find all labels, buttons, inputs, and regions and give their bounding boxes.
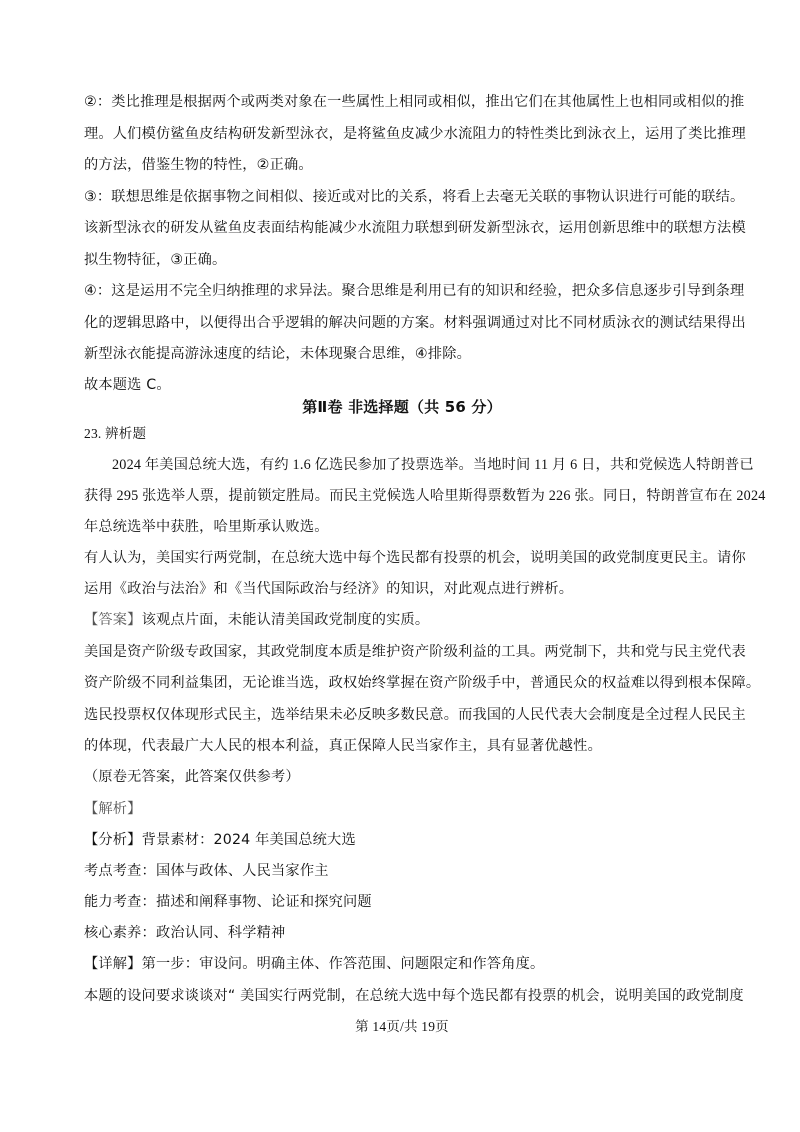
- answer-conclusion: 故本题选 C。: [84, 375, 171, 395]
- analysis-last-line: 本题的设问要求谈谈对“ 美国实行两党制，在总统大选中每个选民都有投票的机会，说明…: [84, 986, 744, 1006]
- prompt-line-2: 运用《政治与法治》和《当代国际政治与经济》的知识，对此观点进行辨析。: [84, 579, 573, 599]
- answer-note: （原卷无答案，此答案仅供参考）: [84, 767, 300, 787]
- analysis-item-2-line-1: ②：类比推理是根据两个或两类对象在一些属性上相同或相似，推出它们在其他属性上也相…: [84, 92, 744, 112]
- analysis-item-3-line-3: 拟生物特征，③正确。: [84, 250, 226, 270]
- analysis-fenxi-line: 【分析】背景素材：2024 年美国总统大选: [84, 830, 356, 850]
- suyang-line: 核心素养：政治认同、科学精神: [84, 923, 285, 943]
- nengli-line: 能力考查：描述和阐释事物、论证和探究问题: [84, 892, 372, 912]
- answer-body-line-1: 美国是资产阶级专政国家，其政党制度本质是维护资产阶级利益的工具。两党制下，共和党…: [84, 642, 746, 662]
- fenxi-label: 【分析】: [84, 832, 142, 848]
- analysis-item-4-line-1: ④：这是运用不完全归纳推理的求异法。聚合思维是利用已有的知识和经验，把众多信息逐…: [84, 281, 744, 301]
- analysis-item-2-line-3: 的方法，借鉴生物的特性，②正确。: [84, 155, 313, 175]
- prompt-line-1: 有人认为，美国实行两党制，在总统大选中每个选民都有投票的机会，说明美国的政党制度…: [84, 548, 746, 568]
- xiangjie-line: 【详解】第一步：审设问。明确主体、作答范围、问题限定和作答角度。: [84, 954, 544, 974]
- xiangjie-text: 第一步：审设问。明确主体、作答范围、问题限定和作答角度。: [142, 956, 545, 972]
- answer-summary: 该观点片面，未能认清美国政党制度的实质。: [142, 612, 430, 628]
- section-title: 第Ⅱ卷 非选择题（共 56 分）: [84, 397, 720, 417]
- answer-summary-line: 【答案】该观点片面，未能认清美国政党制度的实质。: [84, 610, 429, 630]
- analysis-item-2-line-2: 理。人们模仿鲨鱼皮结构研发新型泳衣，是将鲨鱼皮减少水流阻力的特性类比到泳衣上，运…: [84, 124, 746, 144]
- answer-body-line-3: 选民投票权仅体现形式民主，选举结果未必反映多数民意。而我国的人民代表大会制度是全…: [84, 705, 746, 725]
- analysis-item-4-line-2: 化的逻辑思路中，以便得出合乎逻辑的解决问题的方案。材料强调通过对比不同材质泳衣的…: [84, 313, 746, 333]
- answer-label: 【答案】: [84, 612, 142, 628]
- material-line-3: 年总统选举中获胜，哈里斯承认败选。: [84, 517, 329, 537]
- analysis-item-3-line-1: ③：联想思维是依据事物之间相似、接近或对比的关系，将看上去毫无关联的事物认识进行…: [84, 187, 744, 207]
- page-indicator: 第 14页/共 19页: [84, 1017, 720, 1037]
- xiangjie-label: 【详解】: [84, 956, 142, 972]
- material-line-2: 获得 295 张选举人票，提前锁定胜局。而民主党候选人哈里斯得票数暂为 226 …: [84, 486, 766, 506]
- answer-body-line-2: 资产阶级不同利益集团，无论谁当选，政权始终掌握在资产阶级手中，普通民众的权益难以…: [84, 673, 760, 693]
- fenxi-text: 背景素材：2024 年美国总统大选: [142, 832, 356, 848]
- kaodian-line: 考点考查：国体与政体、人民当家作主: [84, 861, 329, 881]
- answer-body-line-4: 的体现，代表最广大人民的根本利益，真正保障人民当家作主，具有显著优越性。: [84, 736, 602, 756]
- analysis-label: 【解析】: [84, 799, 142, 819]
- question-number-title: 23. 辨析题: [84, 424, 146, 444]
- material-line-1: 2024 年美国总统大选，有约 1.6 亿选民参加了投票选举。当地时间 11 月…: [84, 455, 754, 475]
- analysis-item-3-line-2: 该新型泳衣的研发从鲨鱼皮表面结构能减少水流阻力联想到研发新型泳衣，运用创新思维中…: [84, 218, 746, 238]
- analysis-item-4-line-3: 新型泳衣能提高游泳速度的结论，未体现聚合思维，④排除。: [84, 344, 471, 364]
